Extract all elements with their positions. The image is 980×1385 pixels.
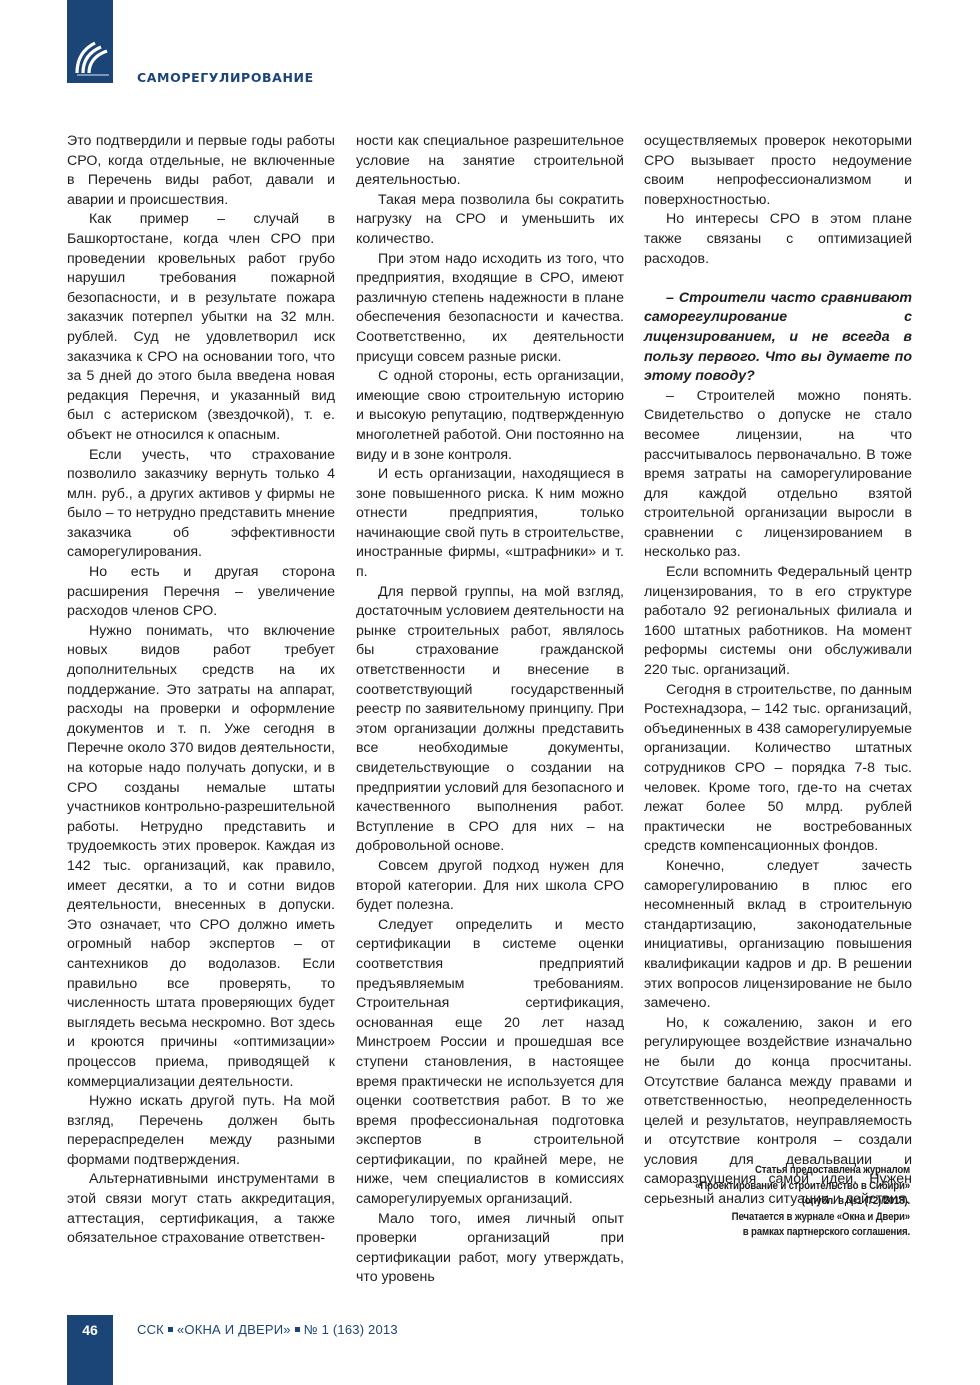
credit-line: (опубл. в №1 (72)/2013). (646, 1194, 910, 1210)
paragraph: Если вспомнить Федеральный центр лицензи… (644, 563, 912, 681)
paragraph: При этом надо исходить из того, что пред… (356, 250, 624, 368)
article-column-1: Это подтвердили и первые годы работы СРО… (67, 132, 335, 1249)
publication-name: ССК (137, 1322, 164, 1337)
paragraph: Следует определить и место сертификации … (356, 916, 624, 1210)
credit-line: «Проектирование и строительство в Сибири… (646, 1179, 910, 1195)
paragraph: Для первой группы, на мой взгляд, достат… (356, 583, 624, 857)
paragraph: Мало того, имея личный опыт проверки орг… (356, 1210, 624, 1288)
paragraph: Как пример – случай в Башкортостане, ког… (67, 210, 335, 445)
paragraph: Нужно искать другой путь. На мой взгляд,… (67, 1092, 335, 1170)
header-color-bar (67, 0, 113, 83)
page-number: 46 (67, 1322, 113, 1338)
credit-line: Печатается в журнале «Окна и Двери» (646, 1210, 910, 1226)
paragraph: Нужно понимать, что включение новых видо… (67, 622, 335, 1092)
interview-question: – Строители часто сравнивают саморегулир… (644, 289, 912, 387)
article-column-2: ности как специальное разрешительное усл… (356, 132, 624, 1288)
article-credit: Статья предоставлена журналом «Проектиро… (610, 1163, 910, 1241)
paragraph: Конечно, следует зачесть саморегулирован… (644, 857, 912, 1014)
magazine-name: «ОКНА И ДВЕРИ» (177, 1322, 291, 1337)
paragraph: И есть организации, находящиеся в зоне п… (356, 465, 624, 583)
paragraph: С одной стороны, есть организации, имеющ… (356, 367, 624, 465)
footer-color-bar: 46 (67, 1315, 113, 1385)
square-bullet-icon (168, 1327, 173, 1332)
paragraph: Сегодня в строительстве, по данным Росте… (644, 681, 912, 857)
article-column-3: осуществляемых проверок некоторыми СРО в… (644, 132, 912, 1210)
paragraph: Если учесть, что страхование позволило з… (67, 446, 335, 564)
paragraph: Такая мера позволила бы сократить нагруз… (356, 191, 624, 250)
paragraph: Альтернативными инструментами в этой свя… (67, 1170, 335, 1248)
paragraph: Но есть и другая сторона расширения Пере… (67, 563, 335, 622)
paragraph: ности как специальное разрешительное усл… (356, 132, 624, 191)
section-title: САМОРЕГУЛИРОВАНИЕ (137, 70, 314, 85)
footer-publication-line: ССК«ОКНА И ДВЕРИ»№ 1 (163) 2013 (137, 1322, 398, 1337)
paragraph: – Строителей можно понять. Свидетельство… (644, 387, 912, 563)
stylized-arcs-logo-icon (71, 39, 111, 79)
paragraph: Совсем другой подход нужен для второй ка… (356, 857, 624, 916)
paragraph: Это подтвердили и первые годы работы СРО… (67, 132, 335, 210)
credit-line: в рамках партнерского соглашения. (646, 1225, 910, 1241)
credit-line: Статья предоставлена журналом (646, 1163, 910, 1179)
issue-number: № 1 (163) 2013 (304, 1322, 398, 1337)
square-bullet-icon (295, 1327, 300, 1332)
paragraph: осуществляемых проверок некоторыми СРО в… (644, 132, 912, 210)
paragraph: Но интересы СРО в этом плане также связа… (644, 210, 912, 269)
